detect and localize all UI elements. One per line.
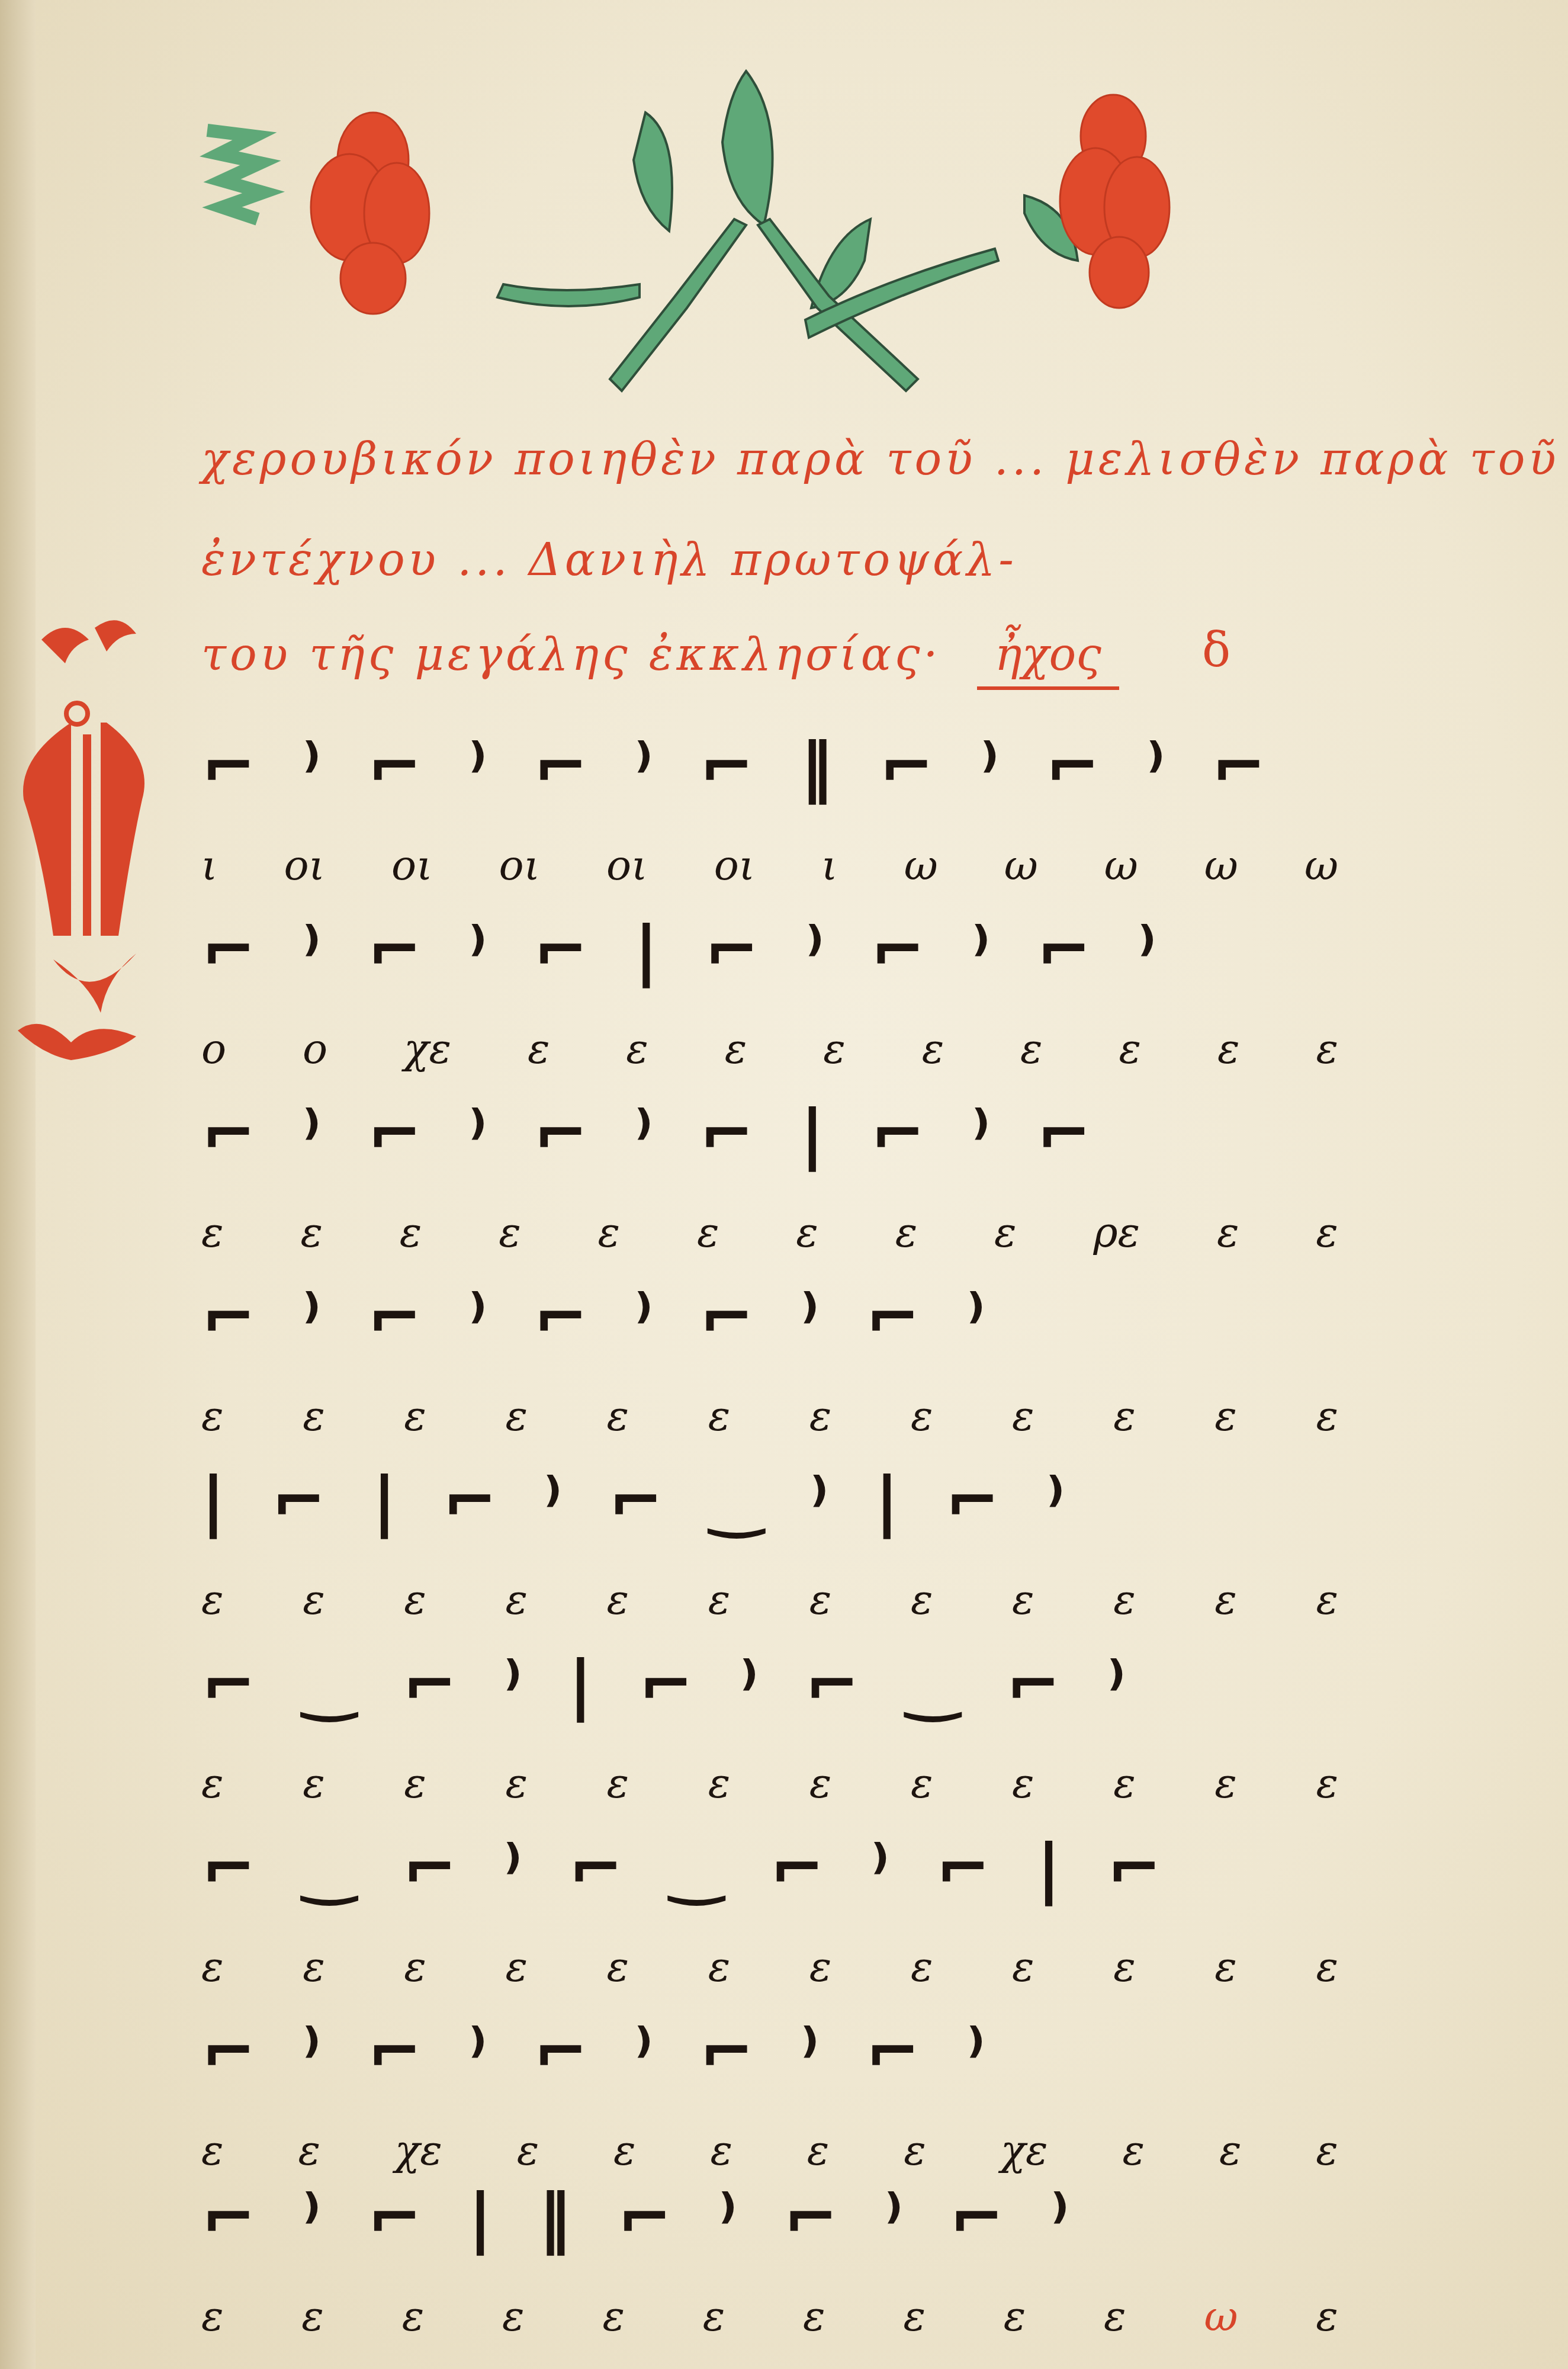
syllable: ε [1113,1759,1136,1808]
syllable: ε [400,1208,422,1257]
syllable: ε [1214,1575,1237,1624]
syllable: ε [607,1943,629,1991]
syllable: ι [201,841,217,890]
syllable: ε [708,1759,731,1808]
syllable: ε [1214,1943,1237,1991]
syllable: ε [613,2126,636,2175]
syllable: ε [1113,1575,1136,1624]
syllable: ε [809,1392,832,1440]
syllable: ε [602,2292,625,2341]
floral-headpiece-icon [195,59,1320,415]
syllable: ε [1012,1759,1034,1808]
syllable: ε [994,1208,1017,1257]
syllable-row: ιοιοιοιοιοιιωωωωω [201,841,1338,890]
syllable: ω [1204,841,1238,890]
syllable: ε [298,2126,320,2175]
syllable: ε [911,1943,933,1991]
syllable: ε [911,1759,933,1808]
syllable: ε [607,1575,629,1624]
syllable: ε [1316,1208,1338,1257]
neume-row: ⌐ ⁾ ⌐ ⁾ ⌐ | ⌐ ⁾ ⌐ ⁾ ⌐ ⁾ [201,912,1338,1019]
syllable: ε [607,1759,629,1808]
syllable-row: εεεεεεεεεεεε [201,1575,1338,1624]
neume-line-5: | ⌐ | ⌐ ⁾ ⌐ ‿ ⁾ | ⌐ ⁾ εεεεεεεεεεεε [201,1463,1338,1652]
syllable: ε [505,1759,528,1808]
syllable: ω [1304,841,1338,890]
syllable: ε [300,1208,323,1257]
neume-row: ⌐ ⁾ ⌐ ⁾ ⌐ ⁾ ⌐ ⁾ ⌐ ⁾ [201,1279,1338,1386]
syllable: ε [1104,2292,1126,2341]
syllable: ε [201,1392,224,1440]
syllable-row: εεεεεεεεερεεε [201,1208,1338,1257]
syllable: ε [505,1575,528,1624]
syllable: ε [708,1392,731,1440]
syllable: ε [1316,1575,1338,1624]
neume-line-7: ⌐ ‿ ⌐ ⁾ ⌐ ‿ ⌐ ⁾ ⌐ | ⌐ εεεεεεεεεεεε [201,1830,1338,2020]
syllable: ο [303,1025,327,1073]
syllable: ε [201,1759,224,1808]
neume-row: ⌐ ⁾ ⌐ | ‖ ⌐ ⁾ ⌐ ⁾ ⌐ ⁾ [201,2179,1338,2286]
neume-line-1: ⌐ ⁾ ⌐ ⁾ ⌐ ⁾ ⌐ ‖ ⌐ ⁾ ⌐ ⁾ ⌐ ιοιοιοιοιοιιωω… [201,728,1338,918]
syllable: ε [626,1025,648,1073]
syllable: ε [1316,1392,1338,1440]
syllable: ε [911,1575,933,1624]
syllable: ε [1113,1392,1136,1440]
syllable: ε [303,1392,325,1440]
syllable: ε [809,1575,832,1624]
syllable: ε [404,1392,426,1440]
neume-row: ⌐ ⁾ ⌐ ⁾ ⌐ ⁾ ⌐ | ⌐ ⁾ ⌐ [201,1096,1338,1202]
syllable: ε [303,1575,325,1624]
syllable: ε [911,1392,933,1440]
syllable: ε [1012,1575,1034,1624]
syllable-row: οοχεεεεεεεεεε [201,1025,1338,1073]
neume-line-4: ⌐ ⁾ ⌐ ⁾ ⌐ ⁾ ⌐ ⁾ ⌐ ⁾ εεεεεεεεεεεε [201,1279,1338,1469]
syllable: ε [895,1208,918,1257]
syllable: οι [714,841,756,890]
echos-mode-mark: δ [1202,622,1230,677]
syllable: ε [1214,1759,1237,1808]
neume-line-9: ⌐ ⁾ ⌐ | ‖ ⌐ ⁾ ⌐ ⁾ ⌐ ⁾ εεεεεεεεεεωε [201,2179,1338,2369]
neume-row: ⌐ ‿ ⌐ ⁾ ⌐ ‿ ⌐ ⁾ ⌐ | ⌐ [201,1830,1338,1937]
syllable: ε [607,1392,629,1440]
syllable-row: εεεεεεεεεεεε [201,1392,1338,1440]
syllable: ε [404,1943,426,1991]
syllable: ε [1316,2292,1338,2341]
syllable: ε [404,1759,426,1808]
syllable: ε [1113,1943,1136,1991]
syllable: ε [528,1025,550,1073]
syllable: ε [1316,1759,1338,1808]
syllable: ε [201,1208,224,1257]
neume-row: | ⌐ | ⌐ ⁾ ⌐ ‿ ⁾ | ⌐ ⁾ [201,1463,1338,1569]
binding-edge [0,0,36,2369]
rubric-title-line-3: του τῆς μεγάλης ἐκκλησίας· [201,628,1326,680]
syllable: ε [303,1759,325,1808]
syllable: ε [499,1208,521,1257]
syllable: ε [708,1575,731,1624]
syllable: ε [1217,1208,1239,1257]
syllable: ε [904,2126,926,2175]
neume-line-8: ⌐ ⁾ ⌐ ⁾ ⌐ ⁾ ⌐ ⁾ ⌐ ⁾ εεχεεεεεεχεεεε [201,2014,1338,2203]
syllable: ε [1004,2292,1026,2341]
syllable: οι [499,841,541,890]
syllable: ε [1020,1025,1043,1073]
neume-line-6: ⌐ ‿ ⌐ ⁾ | ⌐ ⁾ ⌐ ‿ ⌐ ⁾ εεεεεεεεεεεε [201,1646,1338,1836]
syllable: ε [823,1025,846,1073]
syllable: ε [303,1943,325,1991]
neume-row: ⌐ ⁾ ⌐ ⁾ ⌐ ⁾ ⌐ ‖ ⌐ ⁾ ⌐ ⁾ ⌐ [201,728,1338,835]
neume-line-3: ⌐ ⁾ ⌐ ⁾ ⌐ ⁾ ⌐ | ⌐ ⁾ ⌐ εεεεεεεεερεεε [201,1096,1338,1285]
syllable: ε [807,2126,830,2175]
syllable: χε [1001,2126,1048,2175]
syllable: ω [1104,841,1138,890]
echos-label: ἦχος [977,628,1119,690]
syllable: ε [1012,1943,1034,1991]
syllable: ε [725,1025,747,1073]
syllable: ε [1122,2126,1145,2175]
syllable: ε [1012,1392,1034,1440]
syllable: ε [502,2292,525,2341]
rubric-title-line-2: ἐντέχνου ... Δανιὴλ πρωτοψάλ- [201,533,1326,586]
syllable: ε [505,1392,528,1440]
syllable: οι [284,841,325,890]
neume-row: ⌐ ‿ ⌐ ⁾ | ⌐ ⁾ ⌐ ‿ ⌐ ⁾ [201,1646,1338,1753]
syllable: ε [903,2292,926,2341]
syllable: ε [1316,1025,1338,1073]
syllable: ε [1219,2126,1242,2175]
syllable: ε [1316,2126,1338,2175]
syllable: ε [404,1575,426,1624]
syllable: ω [904,841,938,890]
syllable: ε [708,1943,731,1991]
syllable: χε [395,2126,442,2175]
syllable: ι [821,841,837,890]
neume-line-2: ⌐ ⁾ ⌐ ⁾ ⌐ | ⌐ ⁾ ⌐ ⁾ ⌐ ⁾ οοχεεεεεεεεεε [201,912,1338,1102]
syllable: ε [710,2126,732,2175]
syllable: ε [1316,1943,1338,1991]
syllable-row: εεεεεεεεεεεε [201,1759,1338,1808]
syllable: ε [809,1759,832,1808]
syllable: ε [201,2126,224,2175]
syllable-row: εεεεεεεεεεεε [201,1943,1338,1991]
syllable: ω [1004,841,1038,890]
syllable: ε [517,2126,539,2175]
syllable: ε [1217,1025,1240,1073]
syllable: ε [1119,1025,1142,1073]
manuscript-page: χερουβικόν ποιηθὲν παρὰ τοῦ ... μελισθὲν… [0,0,1568,2369]
syllable: ε [301,2292,324,2341]
red-marginal-ornament-icon [6,604,172,1108]
syllable: ε [1214,1392,1237,1440]
syllable: ε [796,1208,818,1257]
syllable: ε [703,2292,725,2341]
syllable: ε [402,2292,425,2341]
rubric-title-line-1: χερουβικόν ποιηθὲν παρὰ τοῦ ... μελισθὲν… [201,432,1326,485]
syllable: οι [606,841,648,890]
syllable: ε [201,1943,224,1991]
syllable: ε [803,2292,825,2341]
syllable: ε [809,1943,832,1991]
syllable: ε [505,1943,528,1991]
syllable: ε [922,1025,944,1073]
syllable: οι [391,841,433,890]
syllable: ρε [1093,1208,1140,1257]
syllable: ε [201,1575,224,1624]
syllable: ε [598,1208,621,1257]
syllable: ω [1204,2292,1238,2341]
syllable: ο [201,1025,226,1073]
neume-row: ⌐ ⁾ ⌐ ⁾ ⌐ ⁾ ⌐ ⁾ ⌐ ⁾ [201,2014,1338,2120]
syllable: ε [697,1208,719,1257]
syllable: ε [201,2292,224,2341]
syllable-row: εεχεεεεεεχεεεε [201,2126,1338,2175]
syllable-row: εεεεεεεεεεωε [201,2292,1338,2341]
syllable: χε [404,1025,451,1073]
